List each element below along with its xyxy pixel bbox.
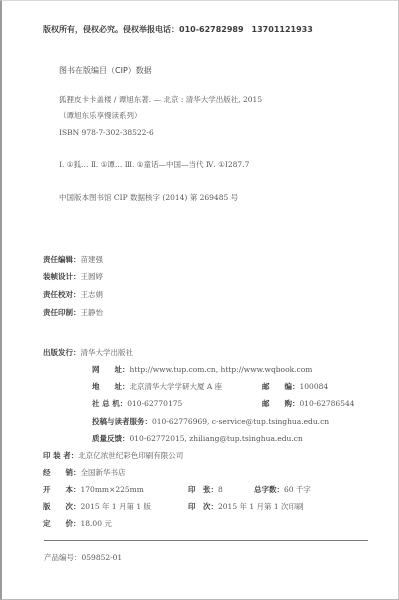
publisher-name: 清华大学出版社 [81, 348, 134, 357]
mail-order-value: 010-62786544 [300, 399, 355, 408]
website-label: 网 址： [92, 365, 130, 374]
cip-title-line: 狐狸皮卡卡盖楼 / 谭旭东著. — 北京 : 清华大学出版社, 2015 [59, 96, 262, 104]
staff-value: 王静怡 [81, 308, 104, 317]
word-count-value: 60 千字 [284, 485, 311, 494]
website-value: http://www.tup.com.cn, http://www.wqbook… [130, 365, 313, 374]
staff-value: 王圆婷 [81, 272, 104, 281]
quality-label: 质量反馈： [92, 434, 130, 443]
reader-service-row: 投稿与读者服务：010-62776969, c-service@tup.tsin… [92, 418, 329, 426]
price-value: 18.00 元 [81, 519, 112, 528]
cip-classification: Ⅰ. ①狐… Ⅱ. ①谭… Ⅲ. ①童话—中国—当代 Ⅳ. ①I287.7 [59, 161, 249, 169]
postcode-value: 100084 [300, 382, 329, 391]
staff-label: 责任印制： [43, 308, 81, 317]
printer-label: 印 装 者： [43, 451, 78, 460]
reader-service-label: 投稿与读者服务： [92, 417, 152, 426]
copyright-page: 版权所有，侵权必究。侵权举报电话：010-62782989 1370112193… [0, 0, 399, 600]
word-count-row: 总字数：60 千字 [254, 486, 311, 494]
switchboard-row: 社 总 机：010-62770175 [92, 400, 182, 408]
publisher-row: 出版发行：清华大学出版社 [43, 349, 133, 357]
website-row: 网 址：http://www.tup.com.cn, http://www.wq… [92, 366, 312, 374]
publisher-label: 出版发行： [43, 348, 81, 357]
staff-label: 责任校对： [43, 290, 81, 299]
edition-row: 版 次：2015 年 1 月第 1 版 [43, 503, 151, 511]
product-code: 产品编号：059852-01 [44, 554, 122, 562]
postcode-label: 邮 编： [262, 382, 300, 391]
staff-row-editor: 责任编辑：苗建强 [43, 256, 103, 264]
address-row: 地 址：北京清华大学学研大厦 A 座 [92, 383, 222, 391]
staff-label: 责任编辑： [43, 255, 81, 264]
cip-number: 中国版本图书馆 CIP 数据核字 (2014) 第 269485 号 [59, 194, 238, 202]
switchboard-value: 010-62770175 [127, 399, 182, 408]
quality-value: 010-62772015, zhiliang@tup.tsinghua.edu.… [130, 434, 303, 443]
printing-value: 2015 年 1 月第 1 次印刷 [218, 502, 304, 511]
reader-service-value: 010-62776969, c-service@tup.tsinghua.edu… [152, 417, 329, 426]
edition-value: 2015 年 1 月第 1 版 [81, 502, 152, 511]
staff-label: 装帧设计： [43, 272, 81, 281]
switchboard-label: 社 总 机： [92, 399, 127, 408]
address-label: 地 址： [92, 382, 130, 391]
distributor-row: 经 销：全国新华书店 [43, 469, 126, 477]
format-label: 开 本： [43, 485, 81, 494]
cip-isbn: ISBN 978-7-302-38522-6 [59, 129, 154, 137]
divider-rule [44, 540, 368, 541]
staff-row-design: 装帧设计：王圆婷 [43, 273, 103, 281]
word-count-label: 总字数： [254, 485, 284, 494]
printing-row: 印 次：2015 年 1 月第 1 次印刷 [188, 503, 304, 511]
price-row: 定 价：18.00 元 [43, 520, 112, 528]
cip-series-line: （谭旭东乐享慢读系列） [59, 112, 142, 120]
staff-row-proofread: 责任校对：王志娟 [43, 291, 103, 299]
printing-label: 印 次： [188, 502, 218, 511]
postcode-row: 邮 编：100084 [262, 383, 328, 391]
mail-order-label: 邮 购： [262, 399, 300, 408]
distributor-label: 经 销： [43, 468, 81, 477]
copyright-notice: 版权所有，侵权必究。侵权举报电话：010-62782989 1370112193… [43, 26, 313, 34]
sheets-value: 8 [218, 485, 223, 494]
printer-row: 印 装 者：北京亿浓世纪彩色印刷有限公司 [43, 452, 183, 460]
format-row: 开 本：170mm×225mm [43, 486, 144, 494]
distributor-value: 全国新华书店 [81, 468, 126, 477]
price-label: 定 价： [43, 519, 81, 528]
format-value: 170mm×225mm [81, 485, 144, 494]
staff-value: 苗建强 [81, 255, 104, 264]
printer-value: 北京亿浓世纪彩色印刷有限公司 [78, 451, 183, 460]
staff-value: 王志娟 [81, 290, 104, 299]
sheets-label: 印 张： [188, 485, 218, 494]
cip-heading: 图书在版编目（CIP）数据 [59, 67, 152, 75]
mail-order-row: 邮 购：010-62786544 [262, 400, 355, 408]
sheets-row: 印 张：8 [188, 486, 223, 494]
staff-row-printing: 责任印制：王静怡 [43, 309, 103, 317]
quality-feedback-row: 质量反馈：010-62772015, zhiliang@tup.tsinghua… [92, 435, 303, 443]
edition-label: 版 次： [43, 502, 81, 511]
address-value: 北京清华大学学研大厦 A 座 [130, 382, 223, 391]
